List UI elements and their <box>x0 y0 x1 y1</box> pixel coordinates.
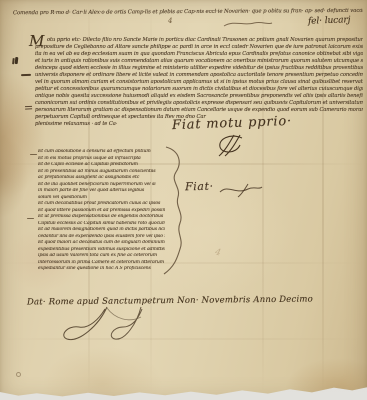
petition-clauses-block: Et cum absolutione a censuris ad effectu… <box>38 149 165 274</box>
ink-dot-mark <box>16 372 21 377</box>
fiat-motu-proprio-approval: Fiat motu pprio· <box>172 114 292 133</box>
petition-bracket <box>160 145 188 277</box>
clerk-signature: fel· lucarj <box>308 15 351 26</box>
docket-header-line: Comenda pro R·mo d· Car·li Alex·o de ort… <box>13 8 363 16</box>
header-squiggle-flourish <box>222 19 274 29</box>
registry-mark: 4 <box>168 17 172 25</box>
papal-paraph-flourish <box>210 133 250 157</box>
fiat-paraph-flourish <box>218 182 264 198</box>
faint-pencil-mark: 4 <box>214 248 222 259</box>
supplication-text-block: otu pprio etc· Dilecto filio nro Sancte … <box>35 37 363 129</box>
petition-margin-dash <box>27 218 34 219</box>
petition-margin-dash <box>30 154 37 155</box>
manuscript-scan: Comenda pro R·mo d· Car·li Alex·o de ort… <box>0 0 367 400</box>
margin-double-dash-mark <box>25 106 32 108</box>
fiat-approval: Fiat· <box>185 180 214 193</box>
margin-dash-mark <box>21 74 31 76</box>
dateline-descender-flourish <box>55 305 180 350</box>
margin-blob-mark <box>15 57 18 64</box>
